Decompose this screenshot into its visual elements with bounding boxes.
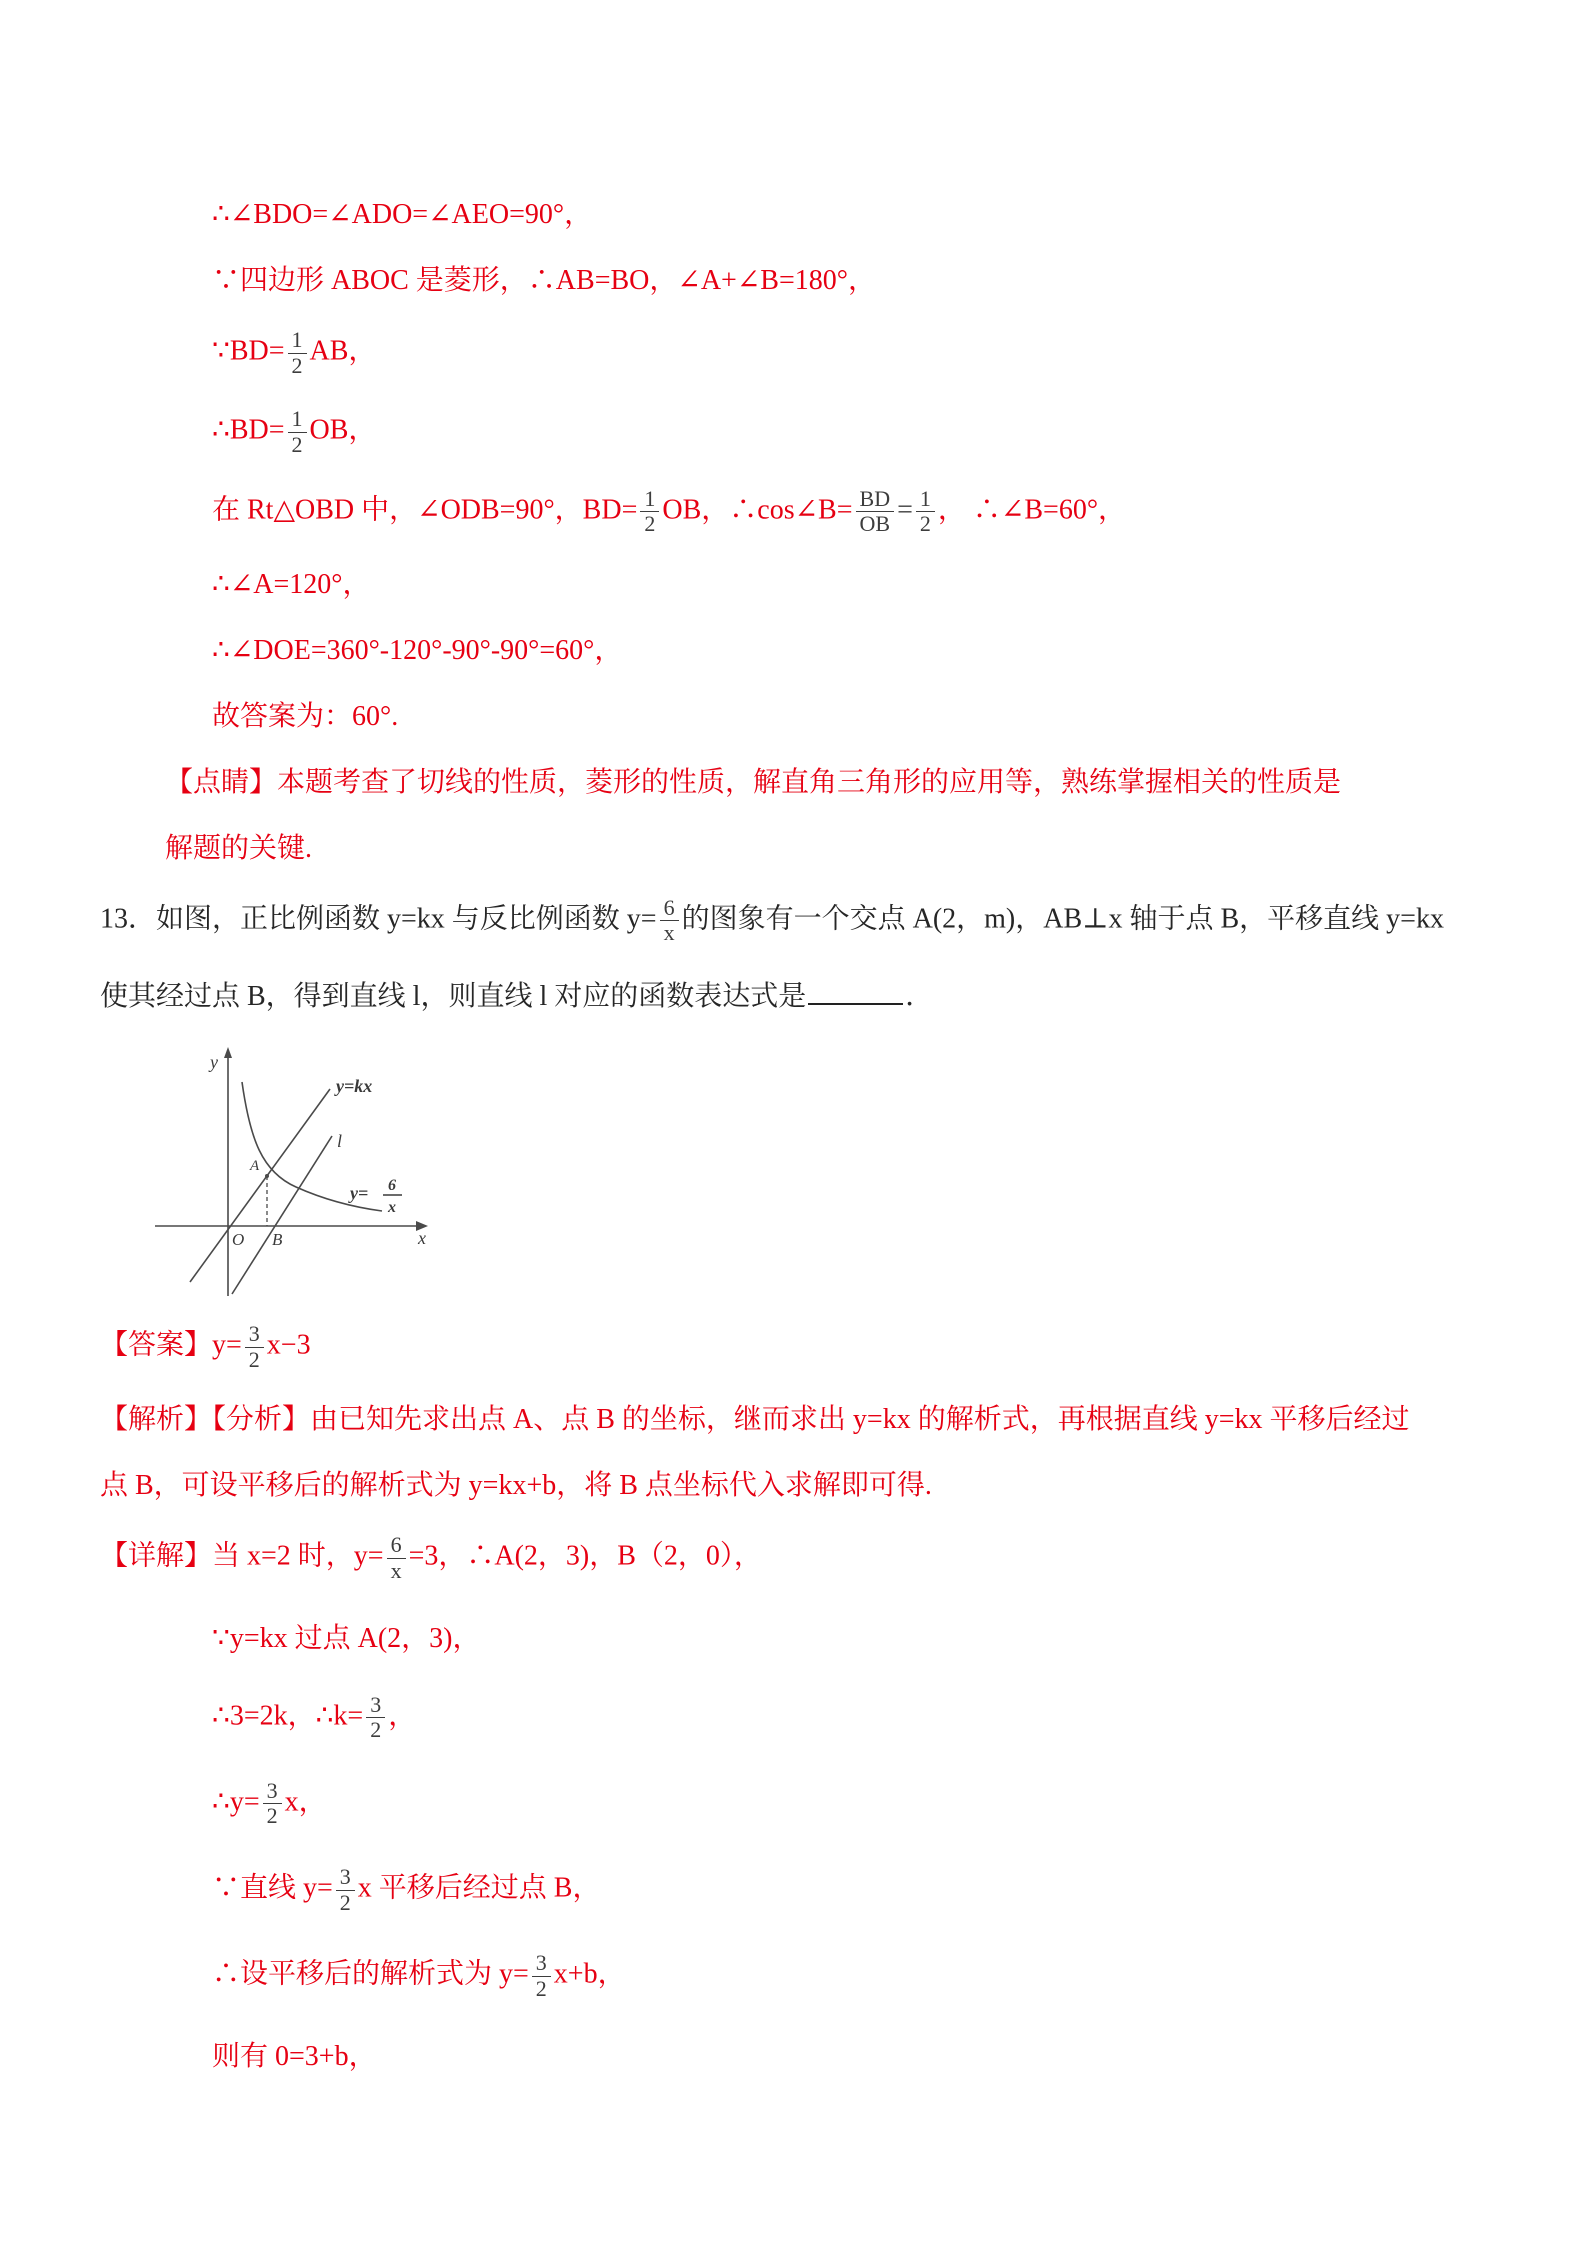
y-axis-label: y [208,1052,218,1072]
fraction-numerator: BD [856,487,895,513]
text-line: ∵y=kx 过点 A(2，3)， [212,1620,1497,1657]
text-line: 故答案为：60°. [212,698,1497,735]
text-line: ∴设平移后的解析式为 y=32x+b， [212,1951,1497,2001]
solution-12-steps: ∴∠BDO=∠ADO=∠AEO=90°，∵四边形 ABOC 是菱形，∴AB=BO… [100,196,1497,867]
text-segment: 点 B，可设平移后的解析式为 y=kx+b，将 B 点坐标代入求解即可得. [100,1470,932,1501]
inline-fraction: 32 [245,1322,264,1372]
detail-steps: 【详解】当 x=2 时，y=6x=3，∴A(2，3)，B（2，0），∵y=kx … [100,1533,1497,2074]
inline-fraction: 32 [366,1693,385,1743]
text-segment: 使其经过点 B，得到直线 l，则直线 l 对应的函数表达式是 [100,981,806,1012]
question-13-figure: y x y=kx l A O B y= 6 x [100,1044,1497,1312]
text-segment: =3，∴A(2，3)，B（2，0）， [409,1541,762,1572]
inline-fraction: 12 [916,487,935,537]
line-y-kx [190,1089,330,1282]
inline-fraction: 6x [660,896,679,946]
fraction-denominator: 2 [916,512,935,537]
text-segment: ∴∠BDO=∠ADO=∠AEO=90°， [212,199,592,230]
document-page: ∴∠BDO=∠ADO=∠AEO=90°，∵四边形 ABOC 是菱形，∴AB=BO… [0,0,1587,2245]
inline-fraction: 12 [288,407,307,457]
text-segment: 【点睛】本题考查了切线的性质，菱形的性质，解直角三角形的应用等，熟练掌握相关的性… [165,767,1341,798]
y-axis-arrow-icon [224,1047,232,1058]
text-segment: ∴∠DOE=360°-120°-90°-90°=60°， [212,635,622,666]
text-segment: ∵直线 y= [212,1873,333,1904]
text-line: ∴BD=12OB， [212,407,1497,457]
point-b-label: B [272,1230,283,1249]
text-segment: = [897,494,913,525]
fraction-numerator: 1 [288,328,307,354]
inline-fraction: 32 [336,1865,355,1915]
text-line: 13．如图，正比例函数 y=kx 与反比例函数 y=6x的图象有一个交点 A(2… [100,896,1497,946]
text-segment: ， ∴∠B=60°， [938,494,1126,525]
line-l-label: l [337,1131,342,1151]
answer-line: 【答案】y=32x−3 [100,1322,1497,1372]
fraction-denominator: 2 [263,1804,282,1829]
text-line: ∴3=2k，∴k=32， [212,1693,1497,1743]
text-segment: ∵四边形 ABOC 是菱形，∴AB=BO，∠A+∠B=180°， [212,265,876,296]
fraction-numerator: 6 [387,1533,406,1559]
inline-fraction: 32 [263,1779,282,1829]
text-line: ∴∠DOE=360°-120°-90°-90°=60°， [212,632,1497,669]
text-segment: ∴∠A=120°， [212,569,371,600]
text-segment: 13．如图，正比例函数 y=kx 与反比例函数 y= [100,903,657,934]
text-segment: ∵BD= [212,336,285,367]
fraction-numerator: 3 [532,1951,551,1977]
text-segment: AB， [310,336,377,367]
origin-label: O [232,1230,244,1249]
answer-blank [808,975,903,1005]
fraction-numerator: 6 [660,896,679,922]
inline-fraction: 6x [387,1533,406,1583]
analysis-paragraph: 【解析】【分析】由已知先求出点 A、点 B 的坐标，继而求出 y=kx 的解析式… [100,1401,1497,1504]
text-segment: x−3 [267,1330,311,1361]
text-segment: OB，∴cos∠B= [662,494,852,525]
text-segment: ∴y= [212,1786,260,1817]
fraction-numerator: 1 [288,407,307,433]
text-segment: ， [388,1700,416,1731]
text-line: ∵BD=12AB， [212,328,1497,378]
hyperbola-numerator: 6 [388,1177,396,1194]
text-line: 点 B，可设平移后的解析式为 y=kx+b，将 B 点坐标代入求解即可得. [100,1467,1497,1504]
line-l [232,1136,332,1294]
text-line: ∵直线 y=32x 平移后经过点 B， [212,1865,1497,1915]
text-segment: x， [285,1786,327,1817]
fraction-numerator: 3 [366,1693,385,1719]
text-line: ∴∠A=120°， [212,566,1497,603]
point-a-dot [265,1174,269,1178]
text-segment: ∵y=kx 过点 A(2，3)， [212,1623,480,1654]
fraction-denominator: 2 [288,354,307,379]
fraction-denominator: 2 [336,1891,355,1916]
question-13-text: 13．如图，正比例函数 y=kx 与反比例函数 y=6x的图象有一个交点 A(2… [100,896,1497,1015]
fraction-numerator: 1 [916,487,935,513]
text-segment: ． [905,981,933,1012]
text-segment: 的图象有一个交点 A(2，m)，AB⊥x 轴于点 B，平移直线 y=kx [682,903,1444,934]
text-segment: ∴BD= [212,415,285,446]
text-line: ∴∠BDO=∠ADO=∠AEO=90°， [212,196,1497,233]
text-line: 使其经过点 B，得到直线 l，则直线 l 对应的函数表达式是． [100,975,1497,1015]
text-line: 则有 0=3+b， [212,2038,1497,2075]
fraction-denominator: 2 [245,1348,264,1373]
inline-fraction: 32 [532,1951,551,2001]
x-axis-label: x [417,1228,426,1248]
fraction-denominator: 2 [366,1718,385,1743]
fraction-numerator: 3 [263,1779,282,1805]
fraction-denominator: OB [856,512,895,537]
text-segment: 解题的关键. [165,833,312,864]
fraction-denominator: x [387,1559,406,1584]
inline-fraction: BDOB [856,487,895,537]
inline-fraction: 12 [288,328,307,378]
fraction-denominator: 2 [640,512,659,537]
point-a-label: A [249,1158,260,1174]
text-line: ∵四边形 ABOC 是菱形，∴AB=BO，∠A+∠B=180°， [212,262,1497,299]
text-segment: 【答案】y= [100,1330,242,1361]
text-segment: ∴3=2k，∴k= [212,1700,363,1731]
text-segment: 则有 0=3+b， [212,2041,377,2072]
text-segment: 【解析】【分析】由已知先求出点 A、点 B 的坐标，继而求出 y=kx 的解析式… [100,1404,1409,1435]
fraction-numerator: 1 [640,487,659,513]
text-segment: OB， [310,415,377,446]
text-segment: 故答案为：60°. [212,701,398,732]
text-segment: 在 Rt△OBD 中，∠ODB=90°，BD= [212,494,637,525]
fraction-denominator: 2 [532,1977,551,2002]
text-line: 【解析】【分析】由已知先求出点 A、点 B 的坐标，继而求出 y=kx 的解析式… [100,1401,1497,1438]
text-line: 解题的关键. [165,830,1497,867]
fraction-numerator: 3 [245,1322,264,1348]
text-line: ∴y=32x， [212,1779,1497,1829]
text-line: 【点睛】本题考查了切线的性质，菱形的性质，解直角三角形的应用等，熟练掌握相关的性… [165,764,1497,801]
hyperbola-label-prefix: y= [348,1183,368,1203]
hyperbola-denominator: x [387,1199,396,1216]
fraction-denominator: 2 [288,433,307,458]
line-kx-label: y=kx [334,1076,372,1096]
text-line: 在 Rt△OBD 中，∠ODB=90°，BD=12OB，∴cos∠B=BDOB=… [212,487,1497,537]
text-segment: ∴设平移后的解析式为 y= [212,1959,529,1990]
fraction-numerator: 3 [336,1865,355,1891]
text-segment: x 平移后经过点 B， [358,1873,601,1904]
fraction-denominator: x [660,921,679,946]
text-segment: 【详解】当 x=2 时，y= [100,1541,384,1572]
text-line: 【详解】当 x=2 时，y=6x=3，∴A(2，3)，B（2，0）， [100,1533,1497,1583]
function-graph: y x y=kx l A O B y= 6 x [100,1044,430,1304]
text-line: 【答案】y=32x−3 [100,1322,1497,1372]
inline-fraction: 12 [640,487,659,537]
text-segment: x+b， [554,1959,626,1990]
